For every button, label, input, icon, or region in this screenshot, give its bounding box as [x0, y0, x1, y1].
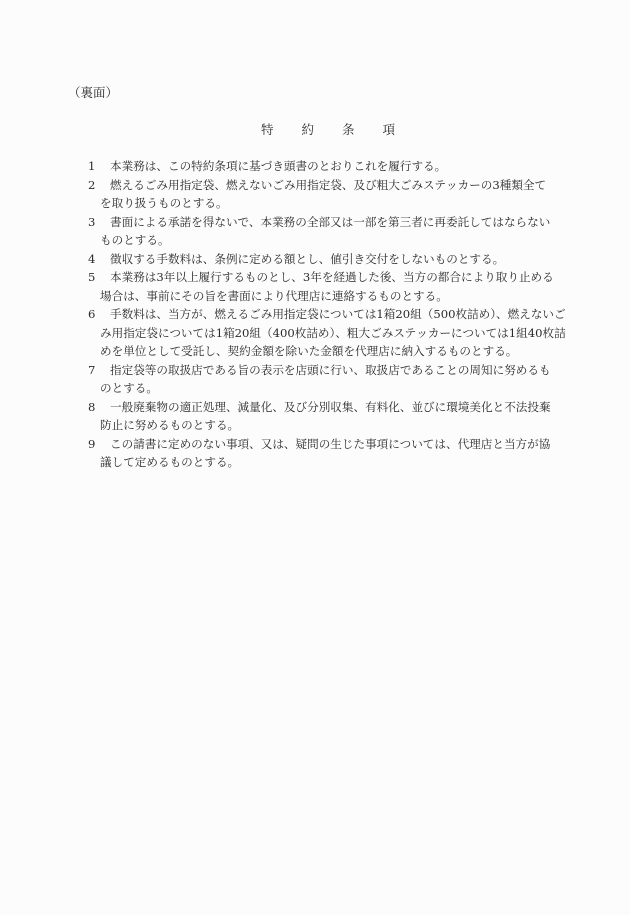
page-title: 特約条項	[0, 121, 630, 139]
clause-line: 燃えるごみ用指定袋、燃えないごみ用指定袋、及び粗大ごみステッカーの3種類全て	[110, 176, 610, 195]
title-char: 特	[261, 121, 274, 139]
clause-2: 2 燃えるごみ用指定袋、燃えないごみ用指定袋、及び粗大ごみステッカーの3種類全て…	[88, 176, 610, 213]
title-char: 条	[342, 121, 355, 139]
clause-line: み用指定袋については1箱20組（400枚詰め）、粗大ごみステッカーについては1組…	[100, 324, 610, 343]
clause-line: ものとする。	[100, 231, 610, 250]
clause-4: 4 徴収する手数料は、条例に定める額とし、値引き交付をしないものとする。	[88, 250, 610, 269]
clause-number: 4	[88, 250, 110, 269]
document-page: （裏面） 特約条項 1 本業務は、この特約条項に基づき頭書のとおりこれを履行する…	[0, 0, 630, 915]
clause-text: この請書に定めのない事項、又は、疑問の生じた事項については、代理店と当方が協 議…	[110, 435, 610, 472]
clause-text: 手数料は、当方が、燃えるごみ用指定袋については1箱20組（500枚詰め）、燃えな…	[110, 305, 610, 361]
clause-line: 手数料は、当方が、燃えるごみ用指定袋については1箱20組（500枚詰め）、燃えな…	[110, 305, 610, 324]
clause-text: 指定袋等の取扱店である旨の表示を店頭に行い、取扱店であることの周知に努めるも の…	[110, 361, 610, 398]
clause-text: 本業務は3年以上履行するものとし、3年を経過した後、当方の都合により取り止める …	[110, 268, 610, 305]
clause-text: 一般廃棄物の適正処理、減量化、及び分別収集、有料化、並びに環境美化と不法投棄 防…	[110, 398, 610, 435]
clause-6: 6 手数料は、当方が、燃えるごみ用指定袋については1箱20組（500枚詰め）、燃…	[88, 305, 610, 361]
clause-text: 書面による承諾を得ないで、本業務の全部又は一部を第三者に再委託してはならない も…	[110, 213, 610, 250]
clause-8: 8 一般廃棄物の適正処理、減量化、及び分別収集、有料化、並びに環境美化と不法投棄…	[88, 398, 610, 435]
clause-line: 本業務は、この特約条項に基づき頭書のとおりこれを履行する。	[110, 157, 610, 176]
title-char: 約	[301, 121, 314, 139]
clause-list: 1 本業務は、この特約条項に基づき頭書のとおりこれを履行する。 2 燃えるごみ用…	[88, 157, 610, 472]
clause-text: 燃えるごみ用指定袋、燃えないごみ用指定袋、及び粗大ごみステッカーの3種類全て を…	[110, 176, 610, 213]
title-char: 項	[383, 121, 396, 139]
clause-line: 場合は、事前にその旨を書面により代理店に連絡するものとする。	[100, 287, 610, 306]
clause-line: この請書に定めのない事項、又は、疑問の生じた事項については、代理店と当方が協	[110, 435, 610, 454]
clause-text: 徴収する手数料は、条例に定める額とし、値引き交付をしないものとする。	[110, 250, 610, 269]
clause-3: 3 書面による承諾を得ないで、本業務の全部又は一部を第三者に再委託してはならない…	[88, 213, 610, 250]
clause-1: 1 本業務は、この特約条項に基づき頭書のとおりこれを履行する。	[88, 157, 610, 176]
clause-7: 7 指定袋等の取扱店である旨の表示を店頭に行い、取扱店であることの周知に努めるも…	[88, 361, 610, 398]
clause-line: 防止に努めるものとする。	[100, 416, 610, 435]
clause-line: のとする。	[100, 379, 610, 398]
clause-line: 書面による承諾を得ないで、本業務の全部又は一部を第三者に再委託してはならない	[110, 213, 610, 232]
reverse-side-label: （裏面）	[68, 84, 118, 102]
clause-line: 議して定めるものとする。	[100, 453, 610, 472]
clause-9: 9 この請書に定めのない事項、又は、疑問の生じた事項については、代理店と当方が協…	[88, 435, 610, 472]
clause-5: 5 本業務は3年以上履行するものとし、3年を経過した後、当方の都合により取り止め…	[88, 268, 610, 305]
clause-line: 本業務は3年以上履行するものとし、3年を経過した後、当方の都合により取り止める	[110, 268, 610, 287]
clause-line: 徴収する手数料は、条例に定める額とし、値引き交付をしないものとする。	[110, 250, 610, 269]
clause-line: 一般廃棄物の適正処理、減量化、及び分別収集、有料化、並びに環境美化と不法投棄	[110, 398, 610, 417]
clause-line: 指定袋等の取扱店である旨の表示を店頭に行い、取扱店であることの周知に努めるも	[110, 361, 610, 380]
clause-number: 1	[88, 157, 110, 176]
clause-line: めを単位として受託し、契約金額を除いた金額を代理店に納入するものとする。	[100, 342, 610, 361]
clause-text: 本業務は、この特約条項に基づき頭書のとおりこれを履行する。	[110, 157, 610, 176]
clause-line: を取り扱うものとする。	[100, 194, 610, 213]
